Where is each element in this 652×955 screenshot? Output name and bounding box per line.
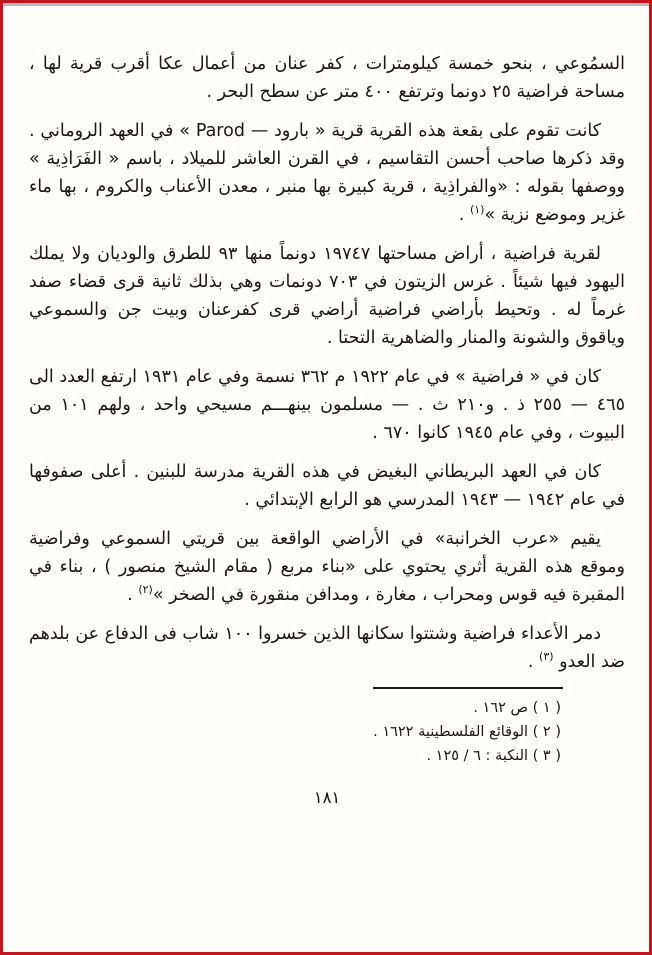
- paragraph-text: كان في « فراضية » في عام ١٩٢٢ م ٣٦٢ نسمة…: [29, 367, 625, 443]
- footnote-reference: (٢): [138, 583, 153, 596]
- footnote-line: ( ٣ ) النكبة : ٦ / ١٢٥ .: [29, 744, 561, 768]
- footnote-line: ( ١ ) ص ١٦٢ .: [29, 696, 561, 720]
- paragraph-text: السمُوعي ، بنحو خمسة كيلومترات ، كفر عنا…: [29, 54, 625, 102]
- book-page: السمُوعي ، بنحو خمسة كيلومترات ، كفر عنا…: [0, 0, 652, 955]
- body-paragraph: كانت تقوم على بقعة هذه القرية قرية « بار…: [29, 117, 625, 229]
- body-paragraph: لقرية فراضية ، أراض مساحتها ١٩٧٤٧ دونماً…: [29, 240, 625, 352]
- page-number: ١٨١: [29, 784, 625, 812]
- paragraph-text: كان في العهد البريطاني البغيض في هذه الق…: [29, 462, 625, 510]
- paragraph-text: لقرية فراضية ، أراض مساحتها ١٩٧٤٧ دونماً…: [29, 244, 625, 348]
- paragraph-tail: .: [127, 585, 138, 605]
- footnote-divider: [373, 687, 563, 689]
- paragraph-tail: .: [528, 652, 539, 672]
- body-paragraph: كان في « فراضية » في عام ١٩٢٢ م ٣٦٢ نسمة…: [29, 363, 625, 447]
- body-paragraph: السمُوعي ، بنحو خمسة كيلومترات ، كفر عنا…: [29, 50, 625, 106]
- body-paragraph: يقيم «عرب الخرانبة» في الأراضي الواقعة ب…: [29, 525, 625, 609]
- page-body-text: السمُوعي ، بنحو خمسة كيلومترات ، كفر عنا…: [3, 6, 649, 812]
- body-paragraph: كان في العهد البريطاني البغيض في هذه الق…: [29, 458, 625, 514]
- footnotes-block: ( ١ ) ص ١٦٢ . ( ٢ ) الوقائع الفلسطينية ١…: [29, 687, 625, 768]
- body-paragraph: دمر الأعداء فراضية وشتتوا سكانها الذين خ…: [29, 620, 625, 676]
- footnote-reference: (٣): [539, 650, 554, 663]
- paragraph-text: يقيم «عرب الخرانبة» في الأراضي الواقعة ب…: [29, 529, 625, 605]
- footnote-line: ( ٢ ) الوقائع الفلسطينية ١٦٢٢ .: [29, 720, 561, 744]
- footnote-reference: (١): [470, 203, 485, 216]
- paragraph-tail: .: [459, 205, 470, 225]
- paragraph-text: كانت تقوم على بقعة هذه القرية قرية « بار…: [29, 121, 625, 225]
